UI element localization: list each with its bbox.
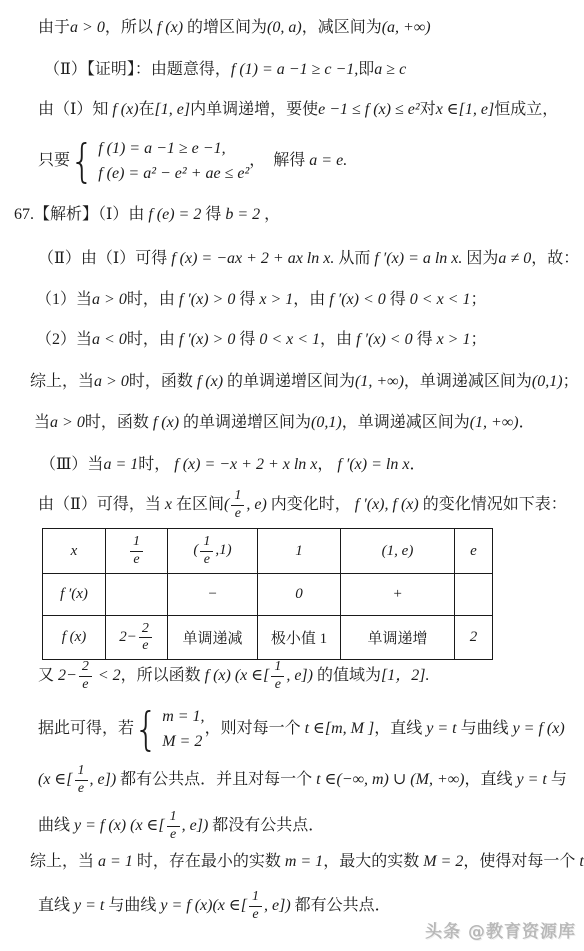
math-run: 2−	[54, 666, 77, 686]
fraction: 1e	[271, 659, 284, 692]
cases-group: {f (1) = a −1 ≥ e −1,f (e) = a² − e² + a…	[70, 139, 249, 184]
fraction-denominator: e	[273, 677, 283, 693]
text-line: （1）当a > 0时，由 f ′(x) > 0 得 x > 1，由 f ′(x)…	[36, 290, 487, 310]
table-cell: 2	[455, 616, 493, 660]
text-run: 极小值 1	[271, 631, 327, 647]
math-run: 2	[470, 629, 478, 645]
math-run: f (x)	[112, 100, 138, 120]
fraction-denominator: e	[76, 781, 86, 797]
math-run: (1, e)	[382, 543, 414, 559]
text-line: （Ⅱ）【证明】：由题意得，f (1) = a −1 ≥ c −1,即a ≥ c	[44, 60, 406, 80]
text-line: （2）当a < 0时，由 f ′(x) > 0 得 0 < x < 1，由 f …	[36, 330, 487, 350]
table-cell: f (x)	[43, 616, 106, 660]
fraction-numerator: 1	[130, 534, 143, 551]
fraction-numerator: 1	[271, 659, 284, 676]
document-page: 由于a > 0，所以 f (x) 的增区间为(0, a)，减区间为(a, +∞)…	[0, 0, 584, 951]
text-run: ，	[317, 455, 333, 475]
cases-column: f (1) = a −1 ≥ e −1,f (e) = a² − e² + ae…	[98, 139, 249, 184]
text-line: 直线 y = t 与曲线 y = f (x)(x ∈[1e, e]) 都有公共点…	[38, 886, 391, 926]
text-run: 时，由	[127, 330, 175, 350]
math-run: a ≠ 0	[498, 249, 531, 269]
fraction-denominator: e	[202, 552, 212, 568]
fraction: 1e	[75, 763, 88, 796]
math-run: a = e.	[309, 151, 347, 171]
text-run: 恒成立，	[494, 100, 558, 120]
text-run: ，故：	[531, 249, 579, 269]
text-run: 据此可得，若	[38, 719, 134, 739]
text-run: ，最大的实数	[323, 852, 419, 872]
table-cell: e	[455, 529, 493, 574]
text-line: 当a > 0时，函数 f (x) 的单调递增区间为(0,1)，单调递减区间为(1…	[34, 413, 535, 433]
fraction-numerator: 2	[139, 621, 152, 638]
math-run: f (x) = −x + 2 + x ln x	[170, 455, 317, 475]
math-run: f (x) = −ax + 2 + ax ln x.	[167, 249, 334, 269]
math-run: (0, a)	[267, 18, 302, 38]
table-cell	[106, 574, 168, 616]
text-run: ，则对每一个	[205, 719, 301, 739]
math-run: a > 0	[70, 18, 105, 38]
math-run: , e])	[286, 666, 313, 686]
math-run: , e])	[182, 816, 209, 836]
math-run: 2−	[119, 629, 137, 645]
text-run: ；	[563, 372, 579, 392]
text-run: 与曲线	[104, 896, 160, 916]
text-run: 的变化情况如下表：	[423, 495, 567, 515]
left-brace-icon: {	[134, 706, 158, 752]
fraction: 1e	[249, 889, 262, 922]
math-run: [1, e]	[155, 100, 191, 120]
math-run: x	[161, 495, 176, 515]
math-run: f ′(x) = ln x	[333, 455, 409, 475]
math-run: y = f (x)(x ∈[	[160, 896, 247, 916]
text-line: 综上，当a > 0时，函数 f (x) 的单调递增区间为(1, +∞)，单调递减…	[30, 372, 579, 392]
text-run: 由（Ⅱ）可得，当	[38, 495, 161, 515]
fraction-denominator: e	[168, 827, 178, 843]
text-run: ；	[470, 290, 486, 310]
math-run: f (1) = a −1 ≥ c −1,	[231, 60, 358, 80]
text-run: 得	[390, 290, 406, 310]
table-cell: 单调递增	[341, 616, 455, 660]
table-cell: (1, e)	[341, 529, 455, 574]
math-run: x	[71, 543, 78, 559]
text-run: 与	[547, 770, 567, 790]
text-run: 当	[34, 413, 50, 433]
text-run: ，单调递减区间为	[342, 413, 470, 433]
text-run: 得	[239, 330, 255, 350]
math-run: b = 2	[221, 205, 264, 225]
math-run: f ′(x), f (x)	[351, 495, 423, 515]
text-run: ， 解得	[249, 151, 309, 171]
math-run: (a, +∞)	[382, 18, 431, 38]
text-run: 单调递减	[182, 631, 242, 647]
math-run: m = 1,	[162, 707, 204, 727]
math-run: f ′(x) > 0	[175, 330, 240, 350]
math-run: 0	[295, 586, 303, 602]
fraction-denominator: e	[140, 638, 150, 654]
text-run: （1）当	[36, 290, 92, 310]
math-run: a > 0	[92, 290, 127, 310]
text-run: 综上，当	[30, 852, 94, 872]
fraction-numerator: 1	[249, 889, 262, 906]
text-run: 的增区间为	[183, 18, 267, 38]
text-run: 都有公共点．	[291, 896, 391, 916]
text-run: 时，函数	[85, 413, 149, 433]
text-run: 都没有公共点．	[208, 816, 324, 836]
math-run: f ′(x) < 0	[352, 330, 417, 350]
math-run: −	[207, 586, 217, 602]
fraction-denominator: e	[131, 552, 141, 568]
math-run: f ′(x) = a ln x.	[370, 249, 462, 269]
text-run: ，减区间为	[302, 18, 382, 38]
text-run: ，直线	[464, 770, 516, 790]
text-run: 从而	[334, 249, 370, 269]
math-run: (	[193, 542, 198, 558]
math-run: f (x)	[193, 372, 227, 392]
problem-67-solution-line: 67.【解析】（Ⅰ）由 f (e) = 2 得 b = 2 ，	[14, 205, 280, 225]
table-cell: 0	[258, 574, 341, 616]
text-run: 直线	[38, 896, 74, 916]
table-cell: x	[43, 529, 106, 574]
text-run: （Ⅱ）【证明】：由题意得，	[44, 60, 231, 80]
math-run: (0,1)	[532, 372, 563, 392]
fraction-numerator: 1	[200, 534, 213, 551]
table-cell: (1e,1)	[168, 529, 258, 574]
text-line: 由（Ⅱ）可得，当 x 在区间(1e, e) 内变化时， f ′(x), f (x…	[38, 486, 567, 524]
math-run: a > 0	[50, 413, 85, 433]
math-run: t ∈(−∞, m) ∪ (M, +∞)	[312, 770, 464, 790]
math-run: [1，2].	[381, 666, 429, 686]
math-run: , e])	[264, 896, 291, 916]
left-brace-icon: {	[70, 138, 94, 184]
math-run: +	[392, 586, 402, 602]
math-run: f (x)	[62, 629, 87, 645]
text-run: ，使得对每一个	[463, 852, 575, 872]
text-run: 得	[205, 205, 221, 225]
text-line: 综上，当 a = 1 时，存在最小的实数 m = 1，最大的实数 M = 2，使…	[30, 852, 584, 872]
fraction-denominator: e	[250, 907, 260, 923]
cases-row: M = 2	[162, 732, 204, 752]
text-run: 对	[420, 100, 436, 120]
text-run: （Ⅱ）由（Ⅰ）可得	[38, 249, 167, 269]
text-run: 内变化时，	[267, 495, 351, 515]
math-run: y = f (x)	[513, 719, 565, 739]
fraction: 2e	[79, 659, 92, 692]
fraction-denominator: e	[80, 677, 90, 693]
text-line: 曲线 y = f (x) (x ∈[1e, e]) 都没有公共点．	[38, 806, 324, 846]
text-run: 的单调递增区间为	[183, 413, 311, 433]
fraction-numerator: 2	[79, 659, 92, 676]
text-run: 都有公共点．并且对每一个	[116, 770, 312, 790]
fraction-numerator: 1	[75, 763, 88, 780]
text-run: 在区间	[176, 495, 224, 515]
text-run: 时，存在最小的实数	[137, 852, 281, 872]
text-line: (x ∈[1e, e]) 都有公共点．并且对每一个 t ∈(−∞, m) ∪ (…	[38, 760, 567, 800]
text-run: 的单调递增区间为	[227, 372, 355, 392]
text-run: 得	[239, 290, 255, 310]
math-run: e	[470, 543, 477, 559]
math-run: f ′(x)	[60, 586, 88, 602]
text-run: 时，函数	[129, 372, 193, 392]
table-cell: 1	[258, 529, 341, 574]
math-run: 0 < x < 1	[255, 330, 320, 350]
table-cell: −	[168, 574, 258, 616]
table-cell	[455, 574, 493, 616]
text-run: ，	[264, 205, 280, 225]
text-line: 由于a > 0，所以 f (x) 的增区间为(0, a)，减区间为(a, +∞)	[38, 18, 431, 38]
text-run: 只要	[38, 151, 70, 171]
math-run: x > 1	[255, 290, 293, 310]
math-run: y = t	[426, 719, 456, 739]
table-cell: 1e	[106, 529, 168, 574]
fraction-denominator: e	[233, 506, 243, 522]
text-run: ，由	[293, 290, 325, 310]
math-run: y = t	[74, 896, 104, 916]
math-run: m = 1	[281, 852, 323, 872]
text-run: ．	[409, 455, 425, 475]
table-cell: 单调递减	[168, 616, 258, 660]
math-run: M = 2	[162, 732, 202, 752]
table-cell: +	[341, 574, 455, 616]
text-run: ，直线	[374, 719, 426, 739]
text-run: 内单调递增，要使	[190, 100, 318, 120]
table-cell: f ′(x)	[43, 574, 106, 616]
math-run: t ∈[m, M ]	[301, 719, 375, 739]
text-run: 因为	[462, 249, 498, 269]
fraction: 2e	[139, 621, 152, 654]
math-run: f (e) = 2	[144, 205, 205, 225]
text-run: （2）当	[36, 330, 92, 350]
text-run: 又	[38, 666, 54, 686]
math-run: y = t	[516, 770, 546, 790]
math-run: x > 1	[433, 330, 471, 350]
math-run: 1	[295, 543, 303, 559]
text-run: 67.【解析】（Ⅰ）由	[14, 205, 144, 225]
math-run: (	[224, 495, 229, 515]
math-run: (1, +∞)	[355, 372, 404, 392]
math-run: x ∈[1, e]	[436, 100, 495, 120]
text-run: 单调递增	[367, 631, 427, 647]
text-run: 时，由	[127, 290, 175, 310]
fraction-numerator: 1	[167, 809, 180, 826]
math-run: < 2	[94, 666, 121, 686]
text-run: 在	[139, 100, 155, 120]
equation-system-line: 据此可得，若{m = 1,M = 2，则对每一个 t ∈[m, M ]，直线 y…	[38, 700, 565, 758]
text-run: 综上，当	[30, 372, 94, 392]
text-run: 曲线	[38, 816, 74, 836]
equation-system-line: 只要{f (1) = a −1 ≥ e −1,f (e) = a² − e² +…	[38, 134, 347, 188]
cases-group: {m = 1,M = 2	[134, 707, 205, 752]
math-run: f ′(x) > 0	[175, 290, 240, 310]
table-row: f ′(x) − 0 +	[43, 574, 493, 616]
fraction: 1e	[200, 534, 213, 567]
math-run: f (x) (x ∈[	[201, 666, 270, 686]
cases-row: m = 1,	[162, 707, 204, 727]
math-run: f (1) = a −1 ≥ e −1,	[98, 139, 225, 159]
text-run: 得	[417, 330, 433, 350]
math-run: , e])	[90, 770, 117, 790]
math-run: (1, +∞)	[470, 413, 519, 433]
text-line: （Ⅱ）由（Ⅰ）可得 f (x) = −ax + 2 + ax ln x. 从而 …	[38, 249, 579, 269]
math-run: f (e) = a² − e² + ae ≤ e²	[98, 164, 249, 184]
text-line: 又 2−2e < 2，所以函数 f (x) (x ∈[1e, e]) 的值域为[…	[38, 656, 429, 696]
math-run: ,1)	[215, 542, 231, 558]
fraction: 1e	[167, 809, 180, 842]
fraction-numerator: 1	[231, 488, 244, 505]
math-run: 0 < x < 1	[406, 290, 471, 310]
text-run: 即	[358, 60, 374, 80]
fraction: 1e	[130, 534, 143, 567]
table-row: x 1e (1e,1) 1 (1, e) e	[43, 529, 493, 574]
math-run: f (x)	[157, 18, 183, 38]
watermark: 头条 @教育资源库	[425, 917, 576, 942]
text-run: （Ⅲ）当	[40, 455, 103, 475]
text-run: 由于	[38, 18, 70, 38]
math-run: f ′(x) < 0	[325, 290, 390, 310]
math-run: , e)	[246, 495, 266, 515]
math-run: a > 0	[94, 372, 129, 392]
math-run: (x ∈[	[38, 770, 73, 790]
table-cell: 极小值 1	[258, 616, 341, 660]
cases-row: f (e) = a² − e² + ae ≤ e²	[98, 164, 249, 184]
fraction: 1e	[231, 488, 244, 521]
text-run: 与曲线	[457, 719, 513, 739]
math-run: a ≥ c	[374, 60, 406, 80]
math-run: a < 0	[92, 330, 127, 350]
math-run: a = 1	[94, 852, 137, 872]
cases-column: m = 1,M = 2	[162, 707, 204, 752]
text-run: ；	[470, 330, 486, 350]
math-run: M = 2	[419, 852, 463, 872]
text-line: 由（Ⅰ）知 f (x)在[1, e]内单调递增，要使e −1 ≤ f (x) ≤…	[38, 100, 558, 120]
math-run: (0,1)	[311, 413, 342, 433]
text-run: 的值域为	[313, 666, 381, 686]
text-run: 由（Ⅰ）知	[38, 100, 112, 120]
math-run: t ∈[m, M ]	[575, 852, 584, 872]
text-run: 时，	[138, 455, 170, 475]
variation-table: x 1e (1e,1) 1 (1, e) e f ′(x) − 0 + f (x…	[42, 528, 493, 660]
table-row: f (x) 2−2e 单调递减 极小值 1 单调递增 2	[43, 616, 493, 660]
math-run: f (x)	[149, 413, 183, 433]
math-run: a = 1	[103, 455, 138, 475]
text-run: ，所以	[105, 18, 157, 38]
text-line: （Ⅲ）当a = 1时， f (x) = −x + 2 + x ln x， f ′…	[40, 455, 425, 475]
math-run: e −1 ≤ f (x) ≤ e²	[318, 100, 420, 120]
cases-row: f (1) = a −1 ≥ e −1,	[98, 139, 249, 159]
text-run: ，由	[320, 330, 352, 350]
math-run: y = f (x) (x ∈[	[74, 816, 165, 836]
table-cell: 2−2e	[106, 616, 168, 660]
text-run: ，所以函数	[121, 666, 201, 686]
text-run: ．	[519, 413, 535, 433]
text-run: ，单调递减区间为	[404, 372, 532, 392]
